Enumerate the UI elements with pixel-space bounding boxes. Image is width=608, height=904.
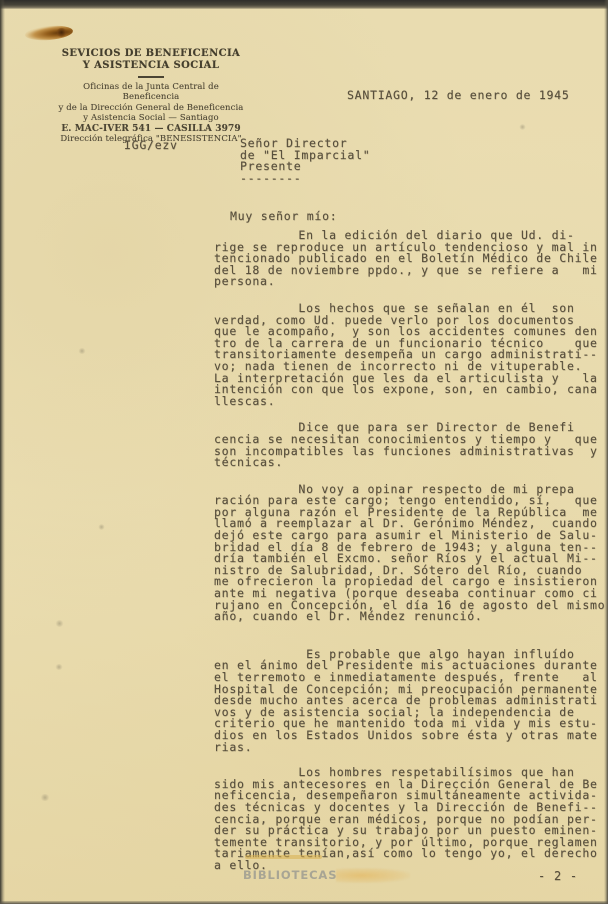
letterhead-title-line1: SEVICIOS DE BENEFICENCIA <box>55 48 247 60</box>
letterhead-rule <box>138 76 164 78</box>
letterhead-title-line2: Y ASISTENCIA SOCIAL <box>55 60 247 72</box>
paragraph: Dice que para ser Director de Beneficenc… <box>214 422 606 468</box>
salutation: Muy señor mío: <box>230 209 337 223</box>
paragraph: No voy a opinar respecto de mi preparaci… <box>214 484 606 623</box>
burn-stain <box>24 24 73 42</box>
letterhead-details: Oficinas de la Junta Central de Benefice… <box>55 82 247 144</box>
scan-edge-top <box>0 0 608 9</box>
paragraph: En la edición del diario que Ud. di-rige… <box>214 230 606 288</box>
letterhead-detail-line: E. MAC-IVER 541 — CASILLA 3979 <box>55 124 247 134</box>
typed-line: persona. <box>214 276 606 288</box>
recipient-line: -------- <box>240 173 370 185</box>
scan-edge-left <box>0 0 5 904</box>
typed-line: año, cuando el Dr. Méndez renunció. <box>214 611 606 623</box>
typist-initials: IGG/ezv <box>124 138 178 152</box>
letterhead-detail-line: y Asistencia Social — Santiago <box>55 113 247 123</box>
typed-line: rias. <box>214 742 606 754</box>
watermark-underline <box>245 855 322 859</box>
letter-body: En la edición del diario que Ud. di-rige… <box>214 230 606 887</box>
paper-smudge <box>78 348 86 354</box>
watermark-bibliotecas: BIBLIOTECAS <box>243 868 337 882</box>
paper-smudge <box>519 124 526 130</box>
page-number: - 2 - <box>538 869 578 883</box>
letterhead-detail-line: y de la Dirección General de Beneficenci… <box>55 103 247 113</box>
letterhead-detail-line: Oficinas de la Junta Central de Benefice… <box>55 82 247 103</box>
typed-line: técnicas. <box>214 457 606 469</box>
paragraph: Los hechos que se señalan en él sonverda… <box>214 303 606 407</box>
dateline: SANTIAGO, 12 de enero de 1945 <box>347 88 570 102</box>
typed-line: llescas. <box>214 396 606 408</box>
recipient-block: Señor Directorde "El Imparcial"Presente-… <box>240 138 370 184</box>
paper-smudge <box>40 794 50 801</box>
paper-smudge <box>55 620 64 627</box>
paper-smudge <box>98 524 105 530</box>
letterhead: SEVICIOS DE BENEFICENCIA Y ASISTENCIA SO… <box>55 48 247 144</box>
watermark-orange-mark <box>336 868 410 883</box>
scanned-letter-page: SEVICIOS DE BENEFICENCIA Y ASISTENCIA SO… <box>0 0 608 904</box>
typed-line: dios en los Estados Unidos sobre ésta y … <box>214 730 606 742</box>
paragraph: Es probable que algo hayan influídoen el… <box>214 649 606 753</box>
paper-smudge <box>55 664 63 670</box>
